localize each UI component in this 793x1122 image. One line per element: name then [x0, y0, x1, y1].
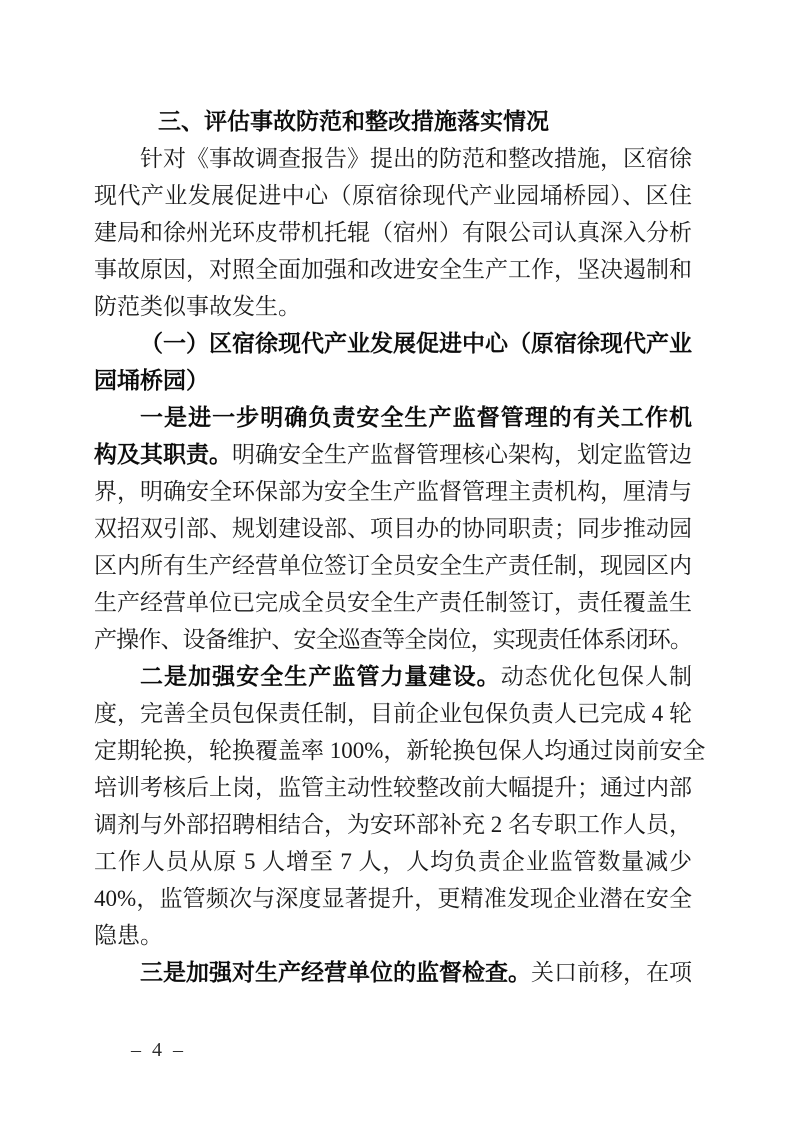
- page-number: – 4 –: [131, 1037, 186, 1063]
- text-line: 生产经营单位已完成全员安全生产责任制签订，责任覆盖生: [94, 584, 692, 621]
- text-line: 防范类似事故发生。: [94, 288, 692, 325]
- text-segment: 培训考核后上岗，监管主动性较整改前大幅提升；通过内部: [94, 775, 692, 800]
- text-segment: 事故原因，对照全面加强和改进安全生产工作，坚决遏制和: [94, 257, 692, 282]
- text-line: 二是加强安全生产监管力量建设。动态优化包保人制: [94, 658, 692, 695]
- text-segment-bold: （一）区宿徐现代产业发展促进中心（原宿徐现代产业: [140, 331, 692, 356]
- text-segment-bold: 三是加强对生产经营单位的监督检查。: [140, 960, 531, 985]
- text-line: （一）区宿徐现代产业发展促进中心（原宿徐现代产业: [94, 325, 692, 362]
- text-line: 40%，监管频次与深度显著提升，更精准发现企业潜在安全: [94, 880, 692, 917]
- text-segment: 产操作、设备维护、安全巡查等全岗位，实现责任体系闭环。: [94, 627, 692, 652]
- text-segment: 定期轮换，轮换覆盖率 100%，新轮换包保人均通过岗前安全: [94, 738, 705, 763]
- text-segment-bold: 二是加强安全生产监管力量建设。: [140, 664, 501, 689]
- paragraph-lines: 针对《事故调查报告》提出的防范和整改措施，区宿徐现代产业发展促进中心（原宿徐现代…: [94, 140, 692, 991]
- text-line: 隐患。: [94, 917, 692, 954]
- text-line: 培训考核后上岗，监管主动性较整改前大幅提升；通过内部: [94, 769, 692, 806]
- text-segment: 明确安全生产监督管理核心架构，划定监管边: [232, 442, 692, 467]
- text-segment: 建局和徐州光环皮带机托辊（宿州）有限公司认真深入分析: [94, 220, 692, 245]
- text-segment: 动态优化包保人制: [501, 664, 692, 689]
- text-segment: 生产经营单位已完成全员安全生产责任制签订，责任覆盖生: [94, 590, 692, 615]
- text-line: 双招双引部、规划建设部、项目办的协同职责；同步推动园: [94, 510, 692, 547]
- text-segment: 双招双引部、规划建设部、项目办的协同职责；同步推动园: [94, 516, 692, 541]
- text-segment-bold: 一是进一步明确负责安全生产监督管理的有关工作机: [140, 405, 692, 430]
- text-segment: 防范类似事故发生。: [94, 294, 301, 319]
- text-line: 区内所有生产经营单位签订全员安全生产责任制，现园区内: [94, 547, 692, 584]
- text-line: 园埇桥园）: [94, 362, 692, 399]
- text-segment: 现代产业发展促进中心（原宿徐现代产业园埇桥园）、区住: [94, 183, 692, 208]
- text-line: 度，完善全员包保责任制，目前企业包保负责人已完成 4 轮: [94, 695, 692, 732]
- document-body: 三、评估事故防范和整改措施落实情况 针对《事故调查报告》提出的防范和整改措施，区…: [94, 103, 692, 991]
- text-segment: 隐患。: [94, 923, 163, 948]
- text-line: 界，明确安全环保部为安全生产监督管理主责机构，厘清与: [94, 473, 692, 510]
- text-line: 现代产业发展促进中心（原宿徐现代产业园埇桥园）、区住: [94, 177, 692, 214]
- text-segment-bold: 构及其职责。: [94, 442, 232, 467]
- text-line: 构及其职责。明确安全生产监督管理核心架构，划定监管边: [94, 436, 692, 473]
- text-segment: 针对《事故调查报告》提出的防范和整改措施，区宿徐: [140, 146, 692, 171]
- text-segment: 界，明确安全环保部为安全生产监督管理主责机构，厘清与: [94, 479, 692, 504]
- text-line: 调剂与外部招聘相结合，为安环部补充 2 名专职工作人员，: [94, 806, 692, 843]
- text-line: 三是加强对生产经营单位的监督检查。关口前移，在项: [94, 954, 692, 991]
- text-segment: 区内所有生产经营单位签订全员安全生产责任制，现园区内: [94, 553, 692, 578]
- text-line: 事故原因，对照全面加强和改进安全生产工作，坚决遏制和: [94, 251, 692, 288]
- text-segment: 度，完善全员包保责任制，目前企业包保负责人已完成 4 轮: [94, 701, 692, 726]
- text-line: 定期轮换，轮换覆盖率 100%，新轮换包保人均通过岗前安全: [94, 732, 692, 769]
- text-line: 针对《事故调查报告》提出的防范和整改措施，区宿徐: [94, 140, 692, 177]
- text-line: 建局和徐州光环皮带机托辊（宿州）有限公司认真深入分析: [94, 214, 692, 251]
- section-heading: 三、评估事故防范和整改措施落实情况: [94, 103, 692, 140]
- text-segment: 关口前移，在项: [531, 960, 692, 985]
- document-page: 三、评估事故防范和整改措施落实情况 针对《事故调查报告》提出的防范和整改措施，区…: [0, 0, 793, 1122]
- text-line: 一是进一步明确负责安全生产监督管理的有关工作机: [94, 399, 692, 436]
- text-segment: 40%，监管频次与深度显著提升，更精准发现企业潜在安全: [94, 886, 692, 911]
- text-line: 工作人员从原 5 人增至 7 人，人均负责企业监管数量减少: [94, 843, 692, 880]
- text-segment: 调剂与外部招聘相结合，为安环部补充 2 名专职工作人员，: [94, 812, 692, 837]
- text-segment: 工作人员从原 5 人增至 7 人，人均负责企业监管数量减少: [94, 849, 692, 874]
- text-line: 产操作、设备维护、安全巡查等全岗位，实现责任体系闭环。: [94, 621, 692, 658]
- text-segment-bold: 园埇桥园）: [94, 368, 209, 393]
